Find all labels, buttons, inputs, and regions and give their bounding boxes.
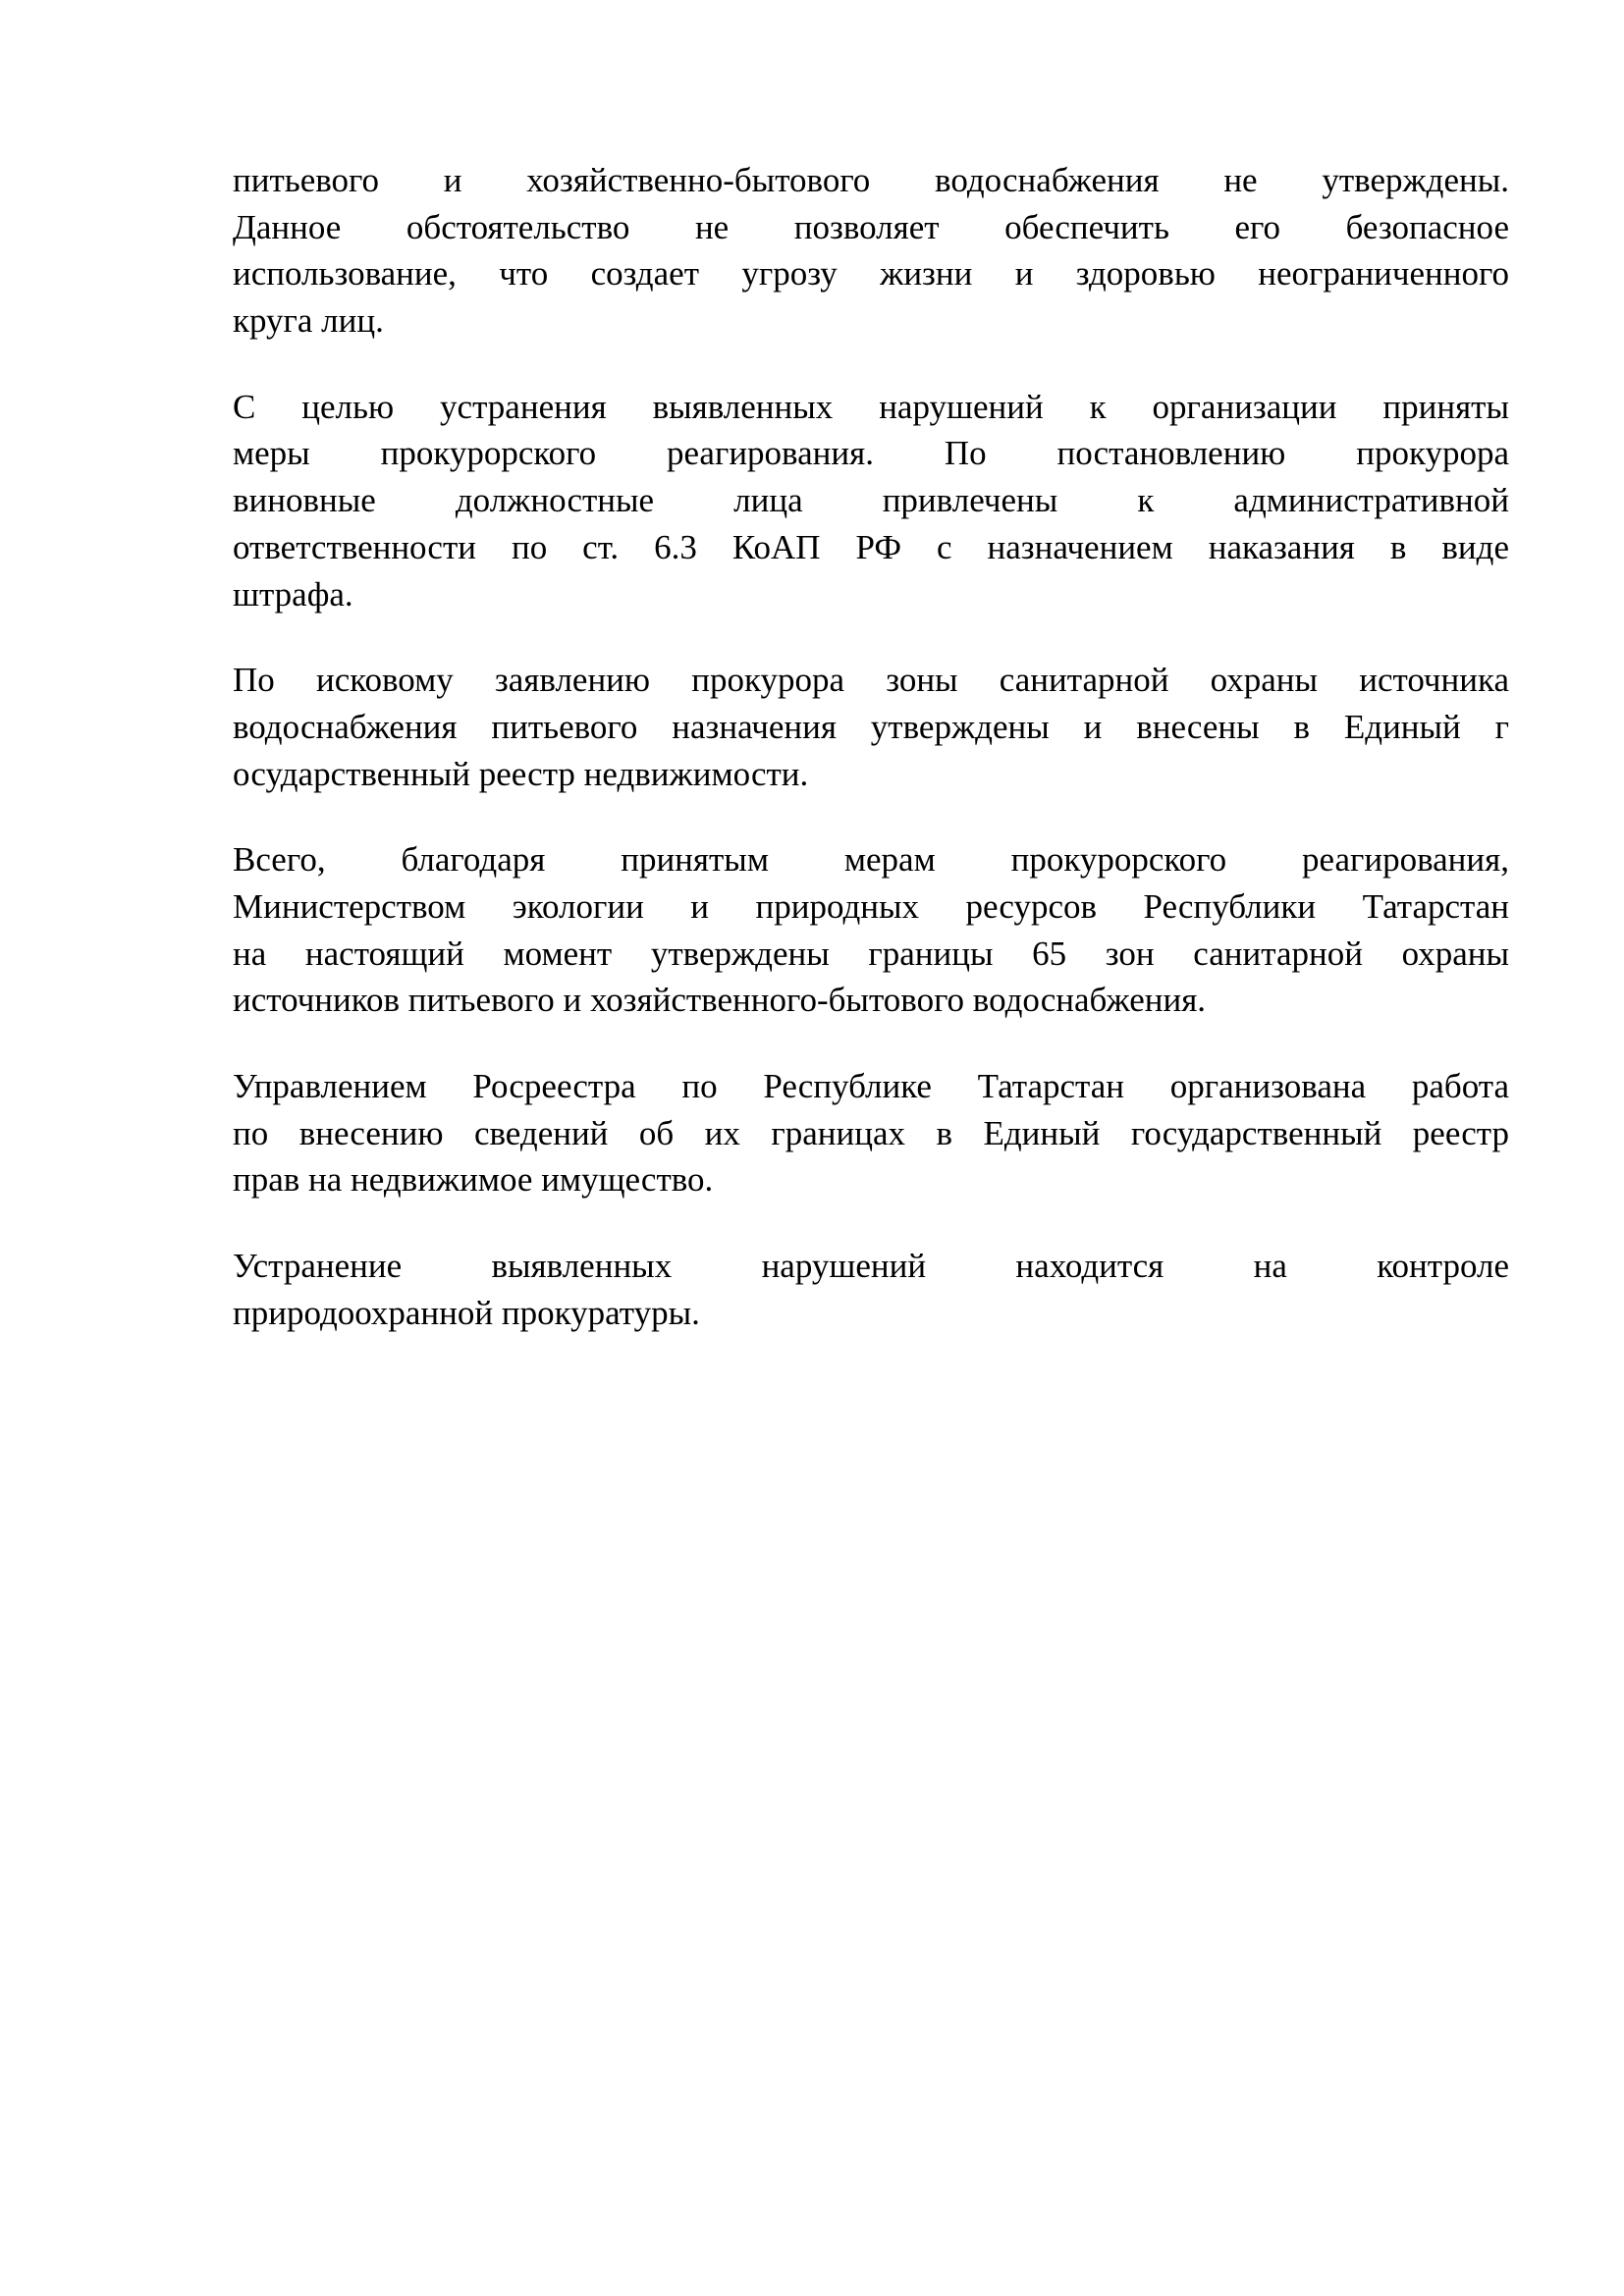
text-line: Данное обстоятельство не позволяет обесп… (233, 204, 1509, 251)
text-line: питьевого и хозяйственно-бытового водосн… (233, 157, 1509, 204)
text-line: источников питьевого и хозяйственного-бы… (233, 977, 1509, 1024)
text-line: прав на недвижимое имущество. (233, 1156, 1509, 1203)
text-line: По исковому заявлению прокурора зоны сан… (233, 657, 1509, 704)
text-line: С целью устранения выявленных нарушений … (233, 384, 1509, 431)
text-line: на настоящий момент утверждены границы 6… (233, 931, 1509, 978)
text-line: штрафа. (233, 571, 1509, 618)
text-line: ответственности по ст. 6.3 КоАП РФ с наз… (233, 524, 1509, 571)
paragraph-claim-statement: По исковому заявлению прокурора зоны сан… (233, 657, 1509, 797)
text-line: водоснабжения питьевого назначения утвер… (233, 704, 1509, 751)
text-line: по внесению сведений об их границах в Ед… (233, 1110, 1509, 1157)
text-line: Управлением Росреестра по Республике Тат… (233, 1063, 1509, 1110)
paragraph-water-supply-risk: питьевого и хозяйственно-бытового водосн… (233, 157, 1509, 345)
text-line: Министерством экологии и природных ресур… (233, 883, 1509, 931)
paragraph-prosecutorial-measures: С целью устранения выявленных нарушений … (233, 384, 1509, 617)
paragraph-rosreestr-work: Управлением Росреестра по Республике Тат… (233, 1063, 1509, 1203)
paragraph-sanitary-zones-total: Всего, благодаря принятым мерам прокурор… (233, 836, 1509, 1024)
text-line: Устранение выявленных нарушений находитс… (233, 1243, 1509, 1290)
text-line: Всего, благодаря принятым мерам прокурор… (233, 836, 1509, 883)
text-line: осударственный реестр недвижимости. (233, 751, 1509, 798)
document-body: питьевого и хозяйственно-бытового водосн… (233, 157, 1509, 1375)
text-line: использование, что создает угрозу жизни … (233, 250, 1509, 297)
document-page: питьевого и хозяйственно-бытового водосн… (0, 0, 1624, 2296)
text-line: меры прокурорского реагирования. По пост… (233, 430, 1509, 477)
text-line: круга лиц. (233, 297, 1509, 345)
text-line: виновные должностные лица привлечены к а… (233, 477, 1509, 524)
paragraph-control-note: Устранение выявленных нарушений находитс… (233, 1243, 1509, 1336)
text-line: природоохранной прокуратуры. (233, 1290, 1509, 1337)
